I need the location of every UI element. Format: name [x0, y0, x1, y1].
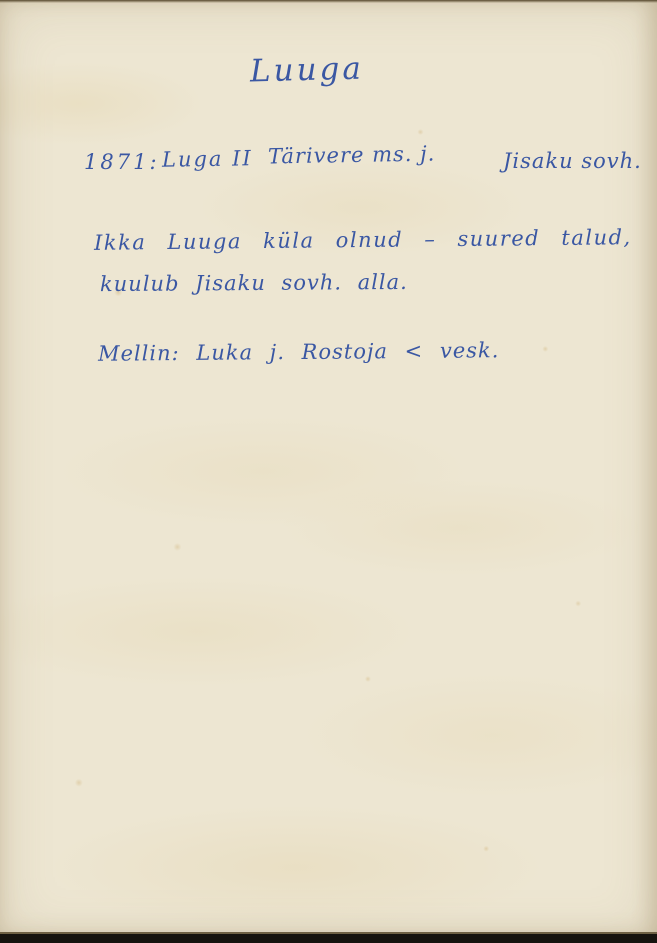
- scan-edge-top: [0, 0, 657, 3]
- paper-background: [0, 0, 657, 943]
- card-title: Luuga: [250, 51, 365, 90]
- record-source: Tärivere ms. j.: [268, 142, 436, 169]
- record-location: Jisaku sovh.: [503, 149, 642, 173]
- note-line-2: kuulub Jisaku sovh. alla.: [100, 270, 408, 296]
- record-name: Luga II: [162, 146, 253, 172]
- scan-edge-bottom: [0, 932, 657, 943]
- scanned-card: Luuga 1871: Luga II Tärivere ms. j. Jisa…: [0, 0, 657, 943]
- mellin-note: Mellin: Luka j. Rostoja < vesk.: [98, 338, 500, 366]
- record-year: 1871:: [84, 150, 160, 174]
